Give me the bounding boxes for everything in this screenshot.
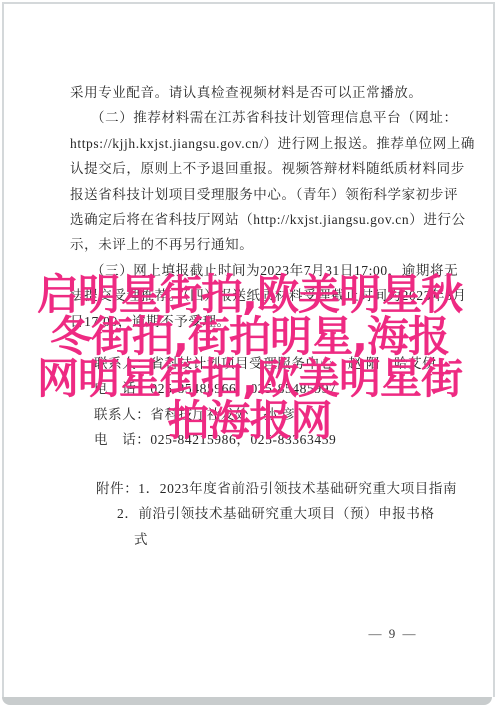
document-line: （二）推荐材料需在江苏省科技计划管理信息平台（网址： (70, 105, 437, 130)
document-line: 采用专业配音。请认真检查视频材料是否可以正常播放。 (70, 80, 437, 105)
page-number: — 9 — (333, 626, 453, 642)
attachment-line: 式 (96, 527, 463, 552)
watermark-line: 冬街拍,街拍明星,海报 (0, 316, 499, 358)
page-bottom-shadow (2, 697, 492, 705)
document-line: 选确定后将在省科技厅网站（http://kxjst.jiangsu.gov.cn… (70, 207, 437, 232)
document-line: https://kjjh.kxjst.jiangsu.gov.cn/）进行网上报… (70, 131, 437, 156)
document-line: 认提交后，原则上不予退回重报。视频答辩材料随纸质材料同步 (70, 156, 437, 181)
watermark-line: 网明星街拍,欧美明星街 (0, 358, 499, 400)
watermark-title: 启明星街拍,欧美明星秋冬街拍,街拍明星,海报网明星街拍,欧美明星街拍海报网 (0, 274, 499, 442)
attachment-block: 附件：1．2023年度省前沿引领技术基础研究重大项目指南2．前沿引领技术基础研究… (96, 476, 463, 552)
watermark-line: 拍海报网 (0, 400, 499, 442)
attachment-line: 附件：1．2023年度省前沿引领技术基础研究重大项目指南 (96, 476, 463, 501)
document-line: 报送省科技计划项目受理服务中心。（青年）领衔科学家初步评 (70, 182, 437, 207)
watermark-line: 启明星街拍,欧美明星秋 (0, 274, 499, 316)
document-line: 示，未评上的不再另行通知。 (70, 232, 437, 257)
attachment-line: 2．前沿引领技术基础研究重大项目（预）申报书格 (96, 501, 463, 526)
